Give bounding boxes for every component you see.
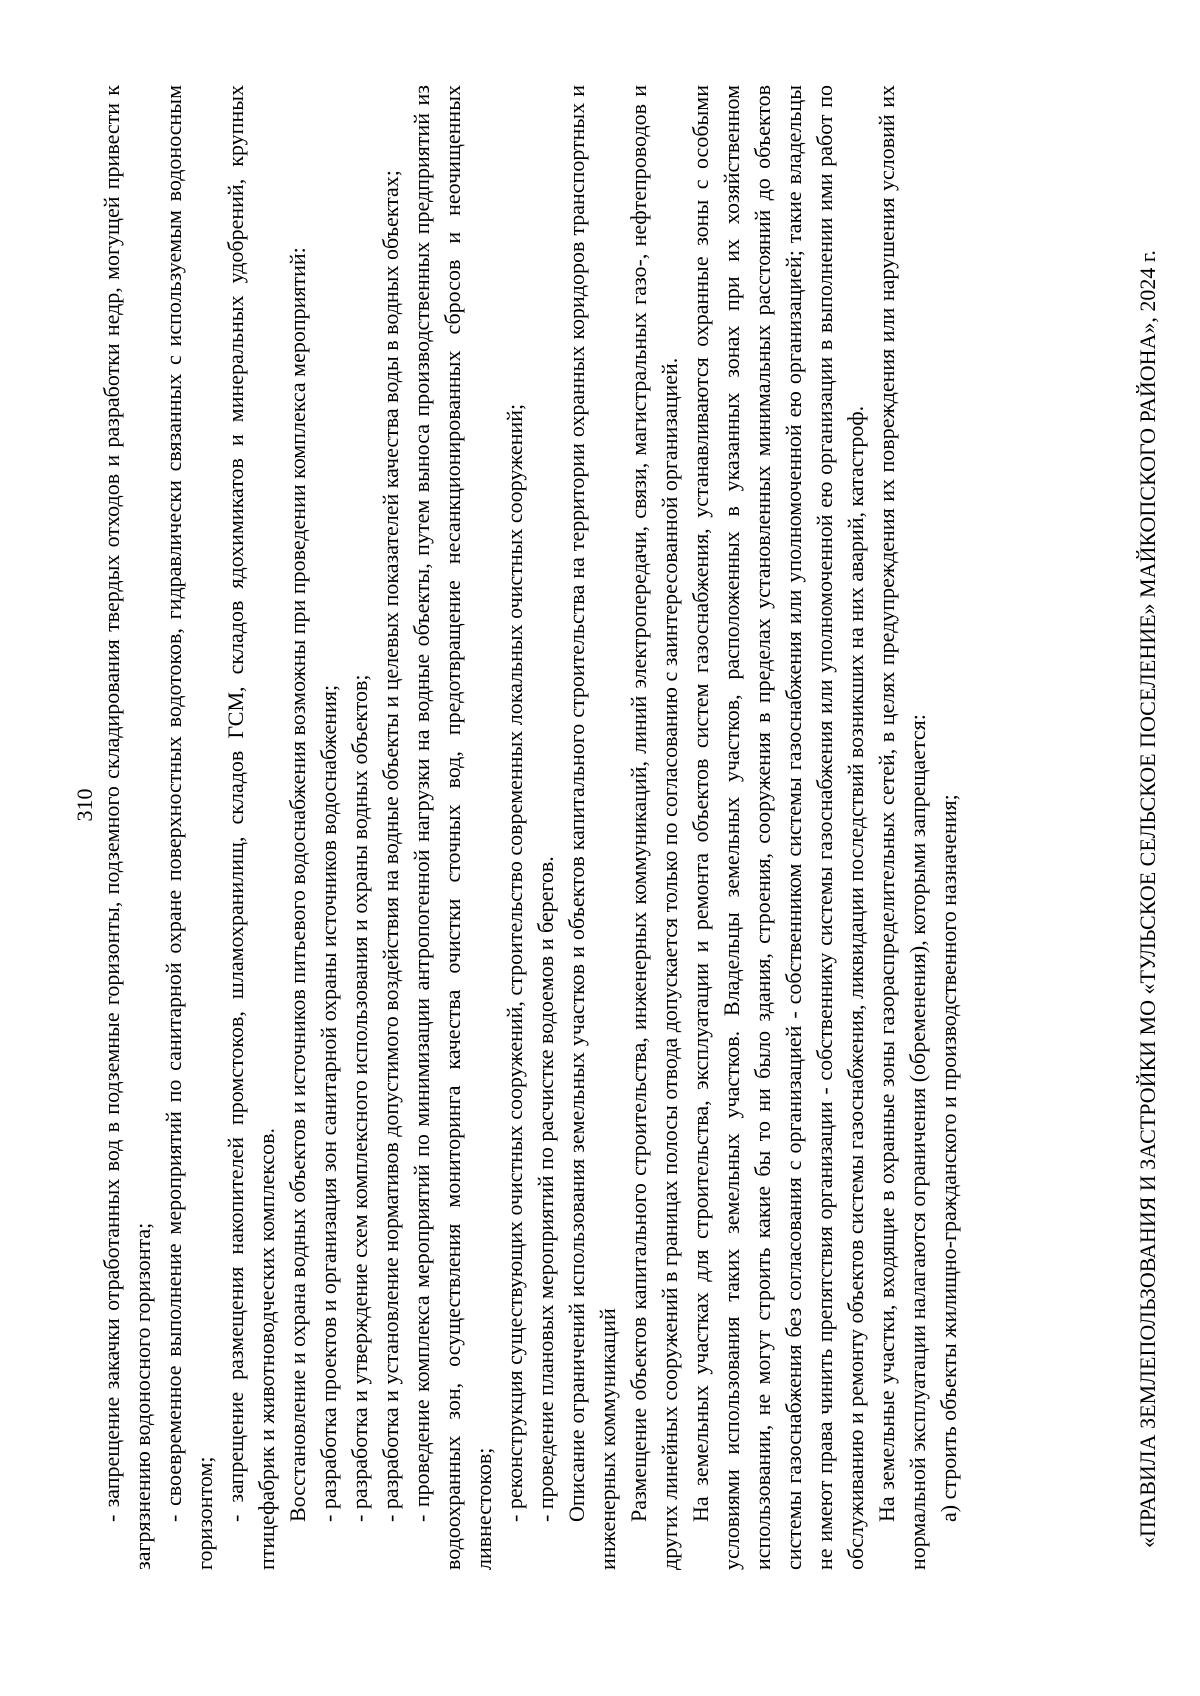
body-paragraph: - проведение комплекса мероприятий по ми…: [406, 85, 499, 1570]
body-paragraph: - запрещение размещения накопителей пром…: [220, 85, 282, 1570]
body-paragraph: - разработка и установление нормативов д…: [375, 85, 406, 1570]
body-paragraph: - проведение плановых мероприятий по рас…: [530, 85, 561, 1570]
document-page: 310 - запрещение закачки отработанных во…: [0, 0, 1200, 1696]
body-paragraph: а) строить объекты жилищно-гражданского …: [933, 85, 964, 1570]
body-paragraph: Описание ограничений использования земел…: [561, 85, 623, 1570]
document-viewport: 310 - запрещение закачки отработанных во…: [0, 0, 1200, 1696]
body-paragraph: - разработка проектов и организация зон …: [313, 85, 344, 1570]
body-paragraph: На земельных участках для строительства,…: [685, 85, 871, 1570]
body-paragraph: Восстановление и охрана водных объектов …: [282, 85, 313, 1570]
body-paragraph: - разработка и утверждение схем комплекс…: [344, 85, 375, 1570]
document-body: - запрещение закачки отработанных вод в …: [96, 85, 964, 1570]
footer-title: «ПРАВИЛА ЗЕМЛЕПОЛЬЗОВАНИЯ И ЗАСТРОЙКИ МО…: [1134, 8, 1162, 1548]
body-paragraph: - реконструкция существующих очистных со…: [499, 85, 530, 1570]
body-paragraph: - своевременное выполнение мероприятий п…: [158, 85, 220, 1570]
body-paragraph: - запрещение закачки отработанных вод в …: [96, 85, 158, 1570]
body-paragraph: На земельные участки, входящие в охранны…: [871, 85, 933, 1570]
body-paragraph: Размещение объектов капитального строите…: [623, 85, 685, 1570]
page-number: 310: [72, 0, 98, 1653]
